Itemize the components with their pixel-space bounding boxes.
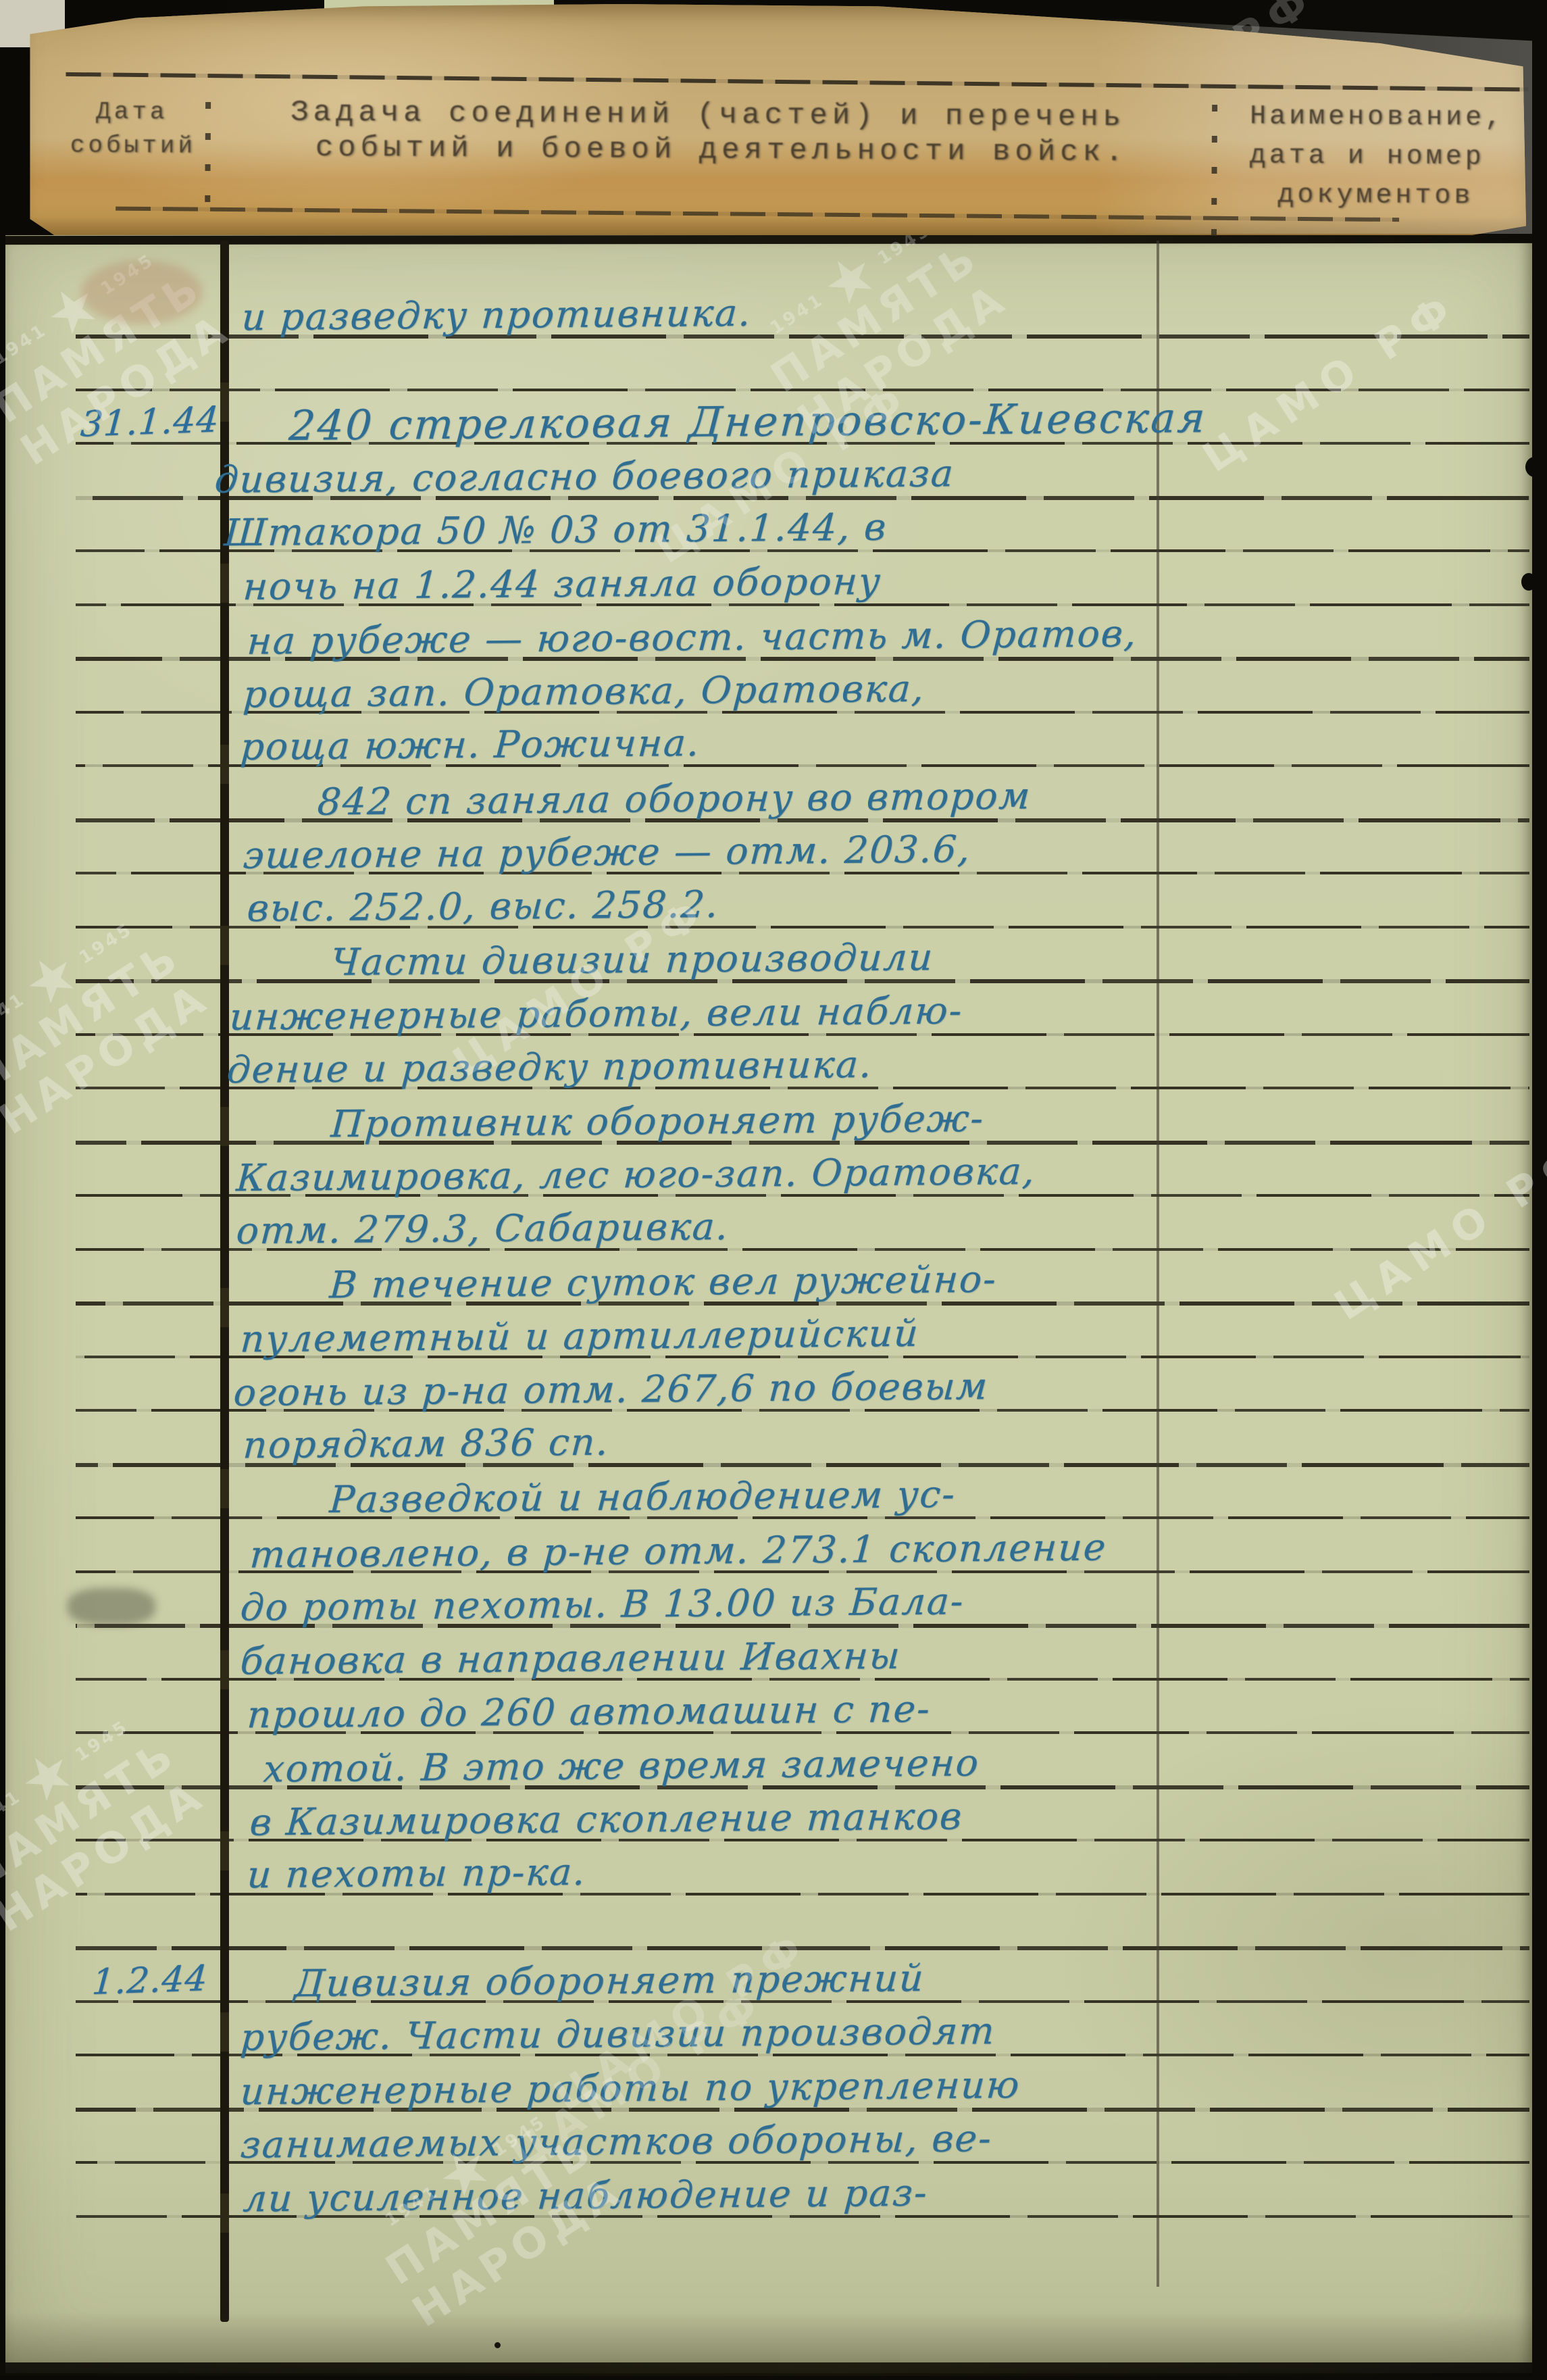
journal-row: В течение суток вел ружейно- — [328, 1256, 998, 1309]
journal-row: отм. 279.3, Сабаривка. — [235, 1202, 731, 1254]
header-col-doc-line2: дата и номер — [1250, 141, 1485, 172]
journal-row: хотой. В это же время замечено — [262, 1739, 981, 1792]
bottom-scan-bar — [0, 2362, 1532, 2376]
ink-blob-right-2 — [1521, 573, 1536, 591]
journal-row: выс. 252.0, выс. 258.2. — [246, 880, 721, 931]
header-col-date-line2: событий — [70, 132, 196, 160]
ink-blob-right-1 — [1525, 457, 1544, 477]
date-cell: 1.2.44 — [78, 1954, 222, 2006]
documents-column-divider — [1157, 241, 1159, 2287]
journal-row: Дивизия обороняет прежний — [293, 1954, 926, 2006]
header-colon-divider-2 — [1211, 105, 1217, 237]
journal-row: прошло до 260 автомашин с пе- — [246, 1685, 932, 1739]
ruled-line — [76, 1946, 1529, 1950]
date-cell: 31.1.44 — [78, 396, 222, 448]
journal-row: ли усиленное наблюдение и раз- — [242, 2168, 930, 2222]
header-col-doc-line1: Наименование, — [1250, 101, 1504, 133]
pencil-smudge — [68, 1588, 155, 1625]
header-col-task-line2: событий и боевой деятельности войск. — [315, 131, 1128, 170]
journal-row: инженерные работы, вели наблю- — [228, 987, 965, 1041]
header-colon-divider-1 — [205, 102, 211, 210]
journal-row: 240 стрелковая Днепровско-Киевская — [288, 395, 1209, 450]
journal-row: эшелоне на рубеже — отм. 203.6, — [242, 825, 973, 878]
header-col-task-line1: Задача соединений (частей) и перечень — [290, 96, 1125, 135]
header-content: Дата событий Задача соединений (частей) … — [14, 0, 1533, 240]
journal-row: роща зап. Оратовка, Оратовка, — [242, 664, 927, 718]
journal-row: рубеж. Части дивизии производят — [239, 2007, 997, 2061]
journal-row: Разведкой и наблюдением ус- — [328, 1470, 957, 1523]
journal-row: пулеметный и артиллерийский — [239, 1309, 921, 1362]
journal-row: и разведку противника. — [240, 289, 753, 341]
journal-row: Части дивизии производили — [330, 933, 935, 986]
journal-row: Казимировка, лес юго-зап. Оратовка, — [235, 1147, 1037, 1201]
journal-row: дение и разведку противника. — [226, 1041, 874, 1093]
journal-row: на рубеже — юго-вост. часть м. Оратов, — [246, 610, 1139, 665]
journal-row: тановлено, в р-не отм. 273.1 скопление — [249, 1523, 1109, 1578]
journal-row: в Казимировка скопление танков — [249, 1792, 965, 1845]
journal-row: роща южн. Рожична. — [239, 719, 702, 770]
rust-stain — [81, 260, 203, 324]
header-col-date-line1: Дата — [96, 98, 168, 126]
journal-row: бановка в направлении Ивахны — [239, 1631, 903, 1685]
journal-row: и пехоты пр-ка. — [246, 1848, 588, 1898]
journal-row: дивизия, согласно боевого приказа — [213, 449, 956, 503]
scanned-journal-page: и разведку противника.31.1.44240 стрелко… — [0, 0, 1547, 2380]
journal-row: инженерные работы по укреплению — [239, 2060, 1022, 2114]
journal-row: занимаемых участков обороны, ве- — [239, 2114, 994, 2168]
journal-row: огонь из р-на отм. 267,6 по боевым — [232, 1362, 990, 1416]
header-top-rule — [66, 72, 1528, 92]
journal-row: до роты пехоты. В 13.00 из Бала- — [239, 1577, 966, 1631]
journal-row: ночь на 1.2.44 заняла оборону — [242, 557, 883, 610]
journal-row: порядкам 836 сп. — [242, 1418, 611, 1468]
journal-row: Штакора 50 № 03 от 31.1.44, в — [223, 503, 889, 557]
header-col-doc-line3: документов — [1277, 180, 1473, 212]
journal-row: 842 сп заняла оборону во втором — [316, 772, 1033, 825]
ruled-line — [76, 389, 1529, 391]
header-bottom-rule — [116, 207, 1399, 222]
journal-row: Противник обороняет рубеж- — [330, 1094, 986, 1147]
